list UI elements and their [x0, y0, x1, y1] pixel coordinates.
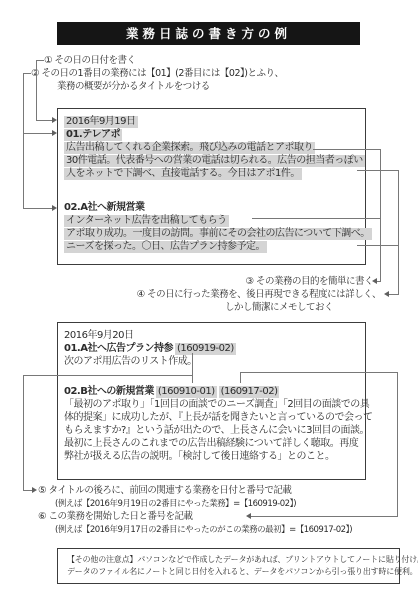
journal-line: アポ取り成功。一度目の訪問。事前にその会社の広告について下調べ。	[64, 227, 365, 240]
arrow-icon	[246, 513, 251, 519]
connector-annotation5-line	[23, 375, 192, 376]
journal-text-segment: 2016年9月19日	[64, 116, 138, 128]
connector-annotation4-line	[398, 170, 399, 295]
journal-text-segment: 人をネットで下調べ、直接電話する。今日はアポ1件。	[64, 168, 302, 180]
journal-text-segment: (160910-01)	[156, 386, 217, 398]
journal-text-segment: インターネット広告を出稿してもらう	[64, 215, 229, 227]
journal-text-segment: 2016年9月20日	[64, 330, 134, 342]
journal-line: 2016年9月19日	[64, 115, 365, 128]
connector-annotation1-line	[36, 120, 52, 121]
annotation-2-line2: 業務の概要が分かるタイトルをつける	[57, 80, 210, 93]
connector-annotation3-line	[380, 149, 381, 282]
connector-annotation1-line	[36, 60, 37, 120]
journal-text-segment: ニーズを探った。〇日、広告プラン持参予定。	[64, 241, 267, 253]
connector-annotation2-line	[23, 73, 24, 208]
connector-annotation6-line	[240, 372, 241, 383]
connector-annotation2-line	[23, 73, 31, 74]
journal-text-segment: 01.テレアポ	[64, 129, 122, 141]
journal-line: インターネット広告を出稿してもらう	[64, 214, 365, 227]
diary-entry-1-content: 2016年9月19日01.テレアポ広告出稿してくれる企業探索。飛び込みの電話とア…	[58, 109, 365, 253]
annotation-4-line1: ④ その日に行った業務を、後日再現できる程度には詳しく、	[137, 288, 381, 301]
journal-line	[64, 180, 365, 201]
connector-annotation6-line	[240, 372, 398, 373]
journal-text-segment: 弊社が扱える広告の説明。「検討して後日連絡する」とのこと。	[64, 451, 335, 463]
journal-text-segment: 01.A社へ広告プラン持参	[64, 343, 173, 355]
annotation-5-line2: (例えば【2016年9月19日の2番目にやった業務】=【160919-02】)	[55, 498, 296, 510]
connector-annotation6-line	[397, 372, 398, 517]
annotation-1: ① その日の日付を書く	[44, 54, 136, 67]
journal-line: 人をネットで下調べ、直接電話する。今日はアポ1件。	[64, 167, 365, 180]
journal-text-segment: 次のアポ用広告のリスト作成。	[64, 356, 197, 368]
connector-annotation3-line	[377, 281, 381, 282]
arrow-icon	[32, 487, 37, 493]
journal-line: 02.A社へ新規営業	[64, 201, 365, 214]
diary-entry-box-1: 2016年9月19日01.テレアポ広告出稿してくれる企業探索。飛び込みの電話とア…	[57, 108, 366, 265]
annotation-4-line2: しかし簡潔にメモしておく	[225, 301, 333, 314]
journal-line	[64, 368, 365, 385]
connector-annotation4-line	[357, 245, 399, 246]
other-notes-box: 【その他の注意点】パソコンなどで作成したデータがあれば、プリントアウトしてノート…	[57, 548, 400, 584]
annotation-6-line2: (例えば【2016年9月17日の2番目にやったのがこの業務の最初】=【16091…	[55, 524, 352, 536]
connector-annotation5-line	[192, 353, 193, 383]
journal-line: 体的提案」に成功したが、『上長が話を聞きたいと言っているので会って	[64, 411, 365, 424]
arrow-icon	[52, 117, 57, 123]
connector-annotation5-line	[23, 375, 24, 490]
connector-annotation1-line	[36, 60, 44, 61]
journal-text-segment: 30件電話。代表番号への営業の電話は切られる。広告の担当者っぽい	[64, 155, 365, 167]
diary-entry-box-2: 2016年9月20日01.A社へ広告プラン持参(160919-02)次のアポ用広…	[57, 322, 366, 480]
journal-line: もらえますか?』という話が出たので、上長さんに会いに3回目の面談。	[64, 424, 365, 437]
journal-text-segment: 02.A社へ新規営業	[64, 202, 144, 214]
journal-line: 30件電話。代表番号への営業の電話は切られる。広告の担当者っぽい	[64, 154, 365, 167]
connector-annotation4-line	[389, 294, 399, 295]
connector-annotation6-line	[251, 516, 397, 517]
journal-line: 次のアポ用広告のリスト作成。	[64, 355, 365, 368]
journal-text-segment: 02.B社への新規営業	[64, 386, 154, 398]
journal-text-segment: 広告出稿してくれる企業探索。飛び込みの電話とアポ取り	[64, 142, 315, 154]
journal-text-segment: 最初に上長さんのこれまでの広告出稿経験について詳しく聴取。再度	[64, 438, 358, 450]
journal-line: 広告出稿してくれる企業探索。飛び込みの電話とアポ取り	[64, 141, 365, 154]
journal-text-segment: (160919-02)	[175, 343, 236, 355]
journal-text-segment: もらえますか?』という話が出たので、上長さんに会いに3回目の面談。	[64, 425, 369, 437]
journal-text-segment: アポ取り成功。一度目の訪問。事前にその会社の広告について下調べ。	[64, 228, 372, 240]
journal-line: 弊社が扱える広告の説明。「検討して後日連絡する」とのこと。	[64, 450, 365, 463]
annotation-6-line1: ⑥ この業務を開始した日と番号を記載	[38, 510, 193, 523]
connector-annotation2-line	[23, 133, 52, 134]
journal-text-segment: (160917-02)	[219, 386, 280, 398]
arrow-icon	[384, 291, 389, 297]
connector-annotation2-line	[23, 208, 52, 209]
journal-line: 2016年9月20日	[64, 329, 365, 342]
connector-annotation4-line	[357, 170, 399, 171]
arrow-icon	[372, 278, 377, 284]
arrow-icon	[52, 205, 57, 211]
annotation-2-line1: ② その日の1番目の業務には【01】(2番目には【02】)とふり、	[31, 67, 283, 80]
note-line2: データのファイル名にノートと同じ日付を入れると、データをパソコンから引っ張り出す…	[67, 566, 391, 578]
journal-line: 01.A社へ広告プラン持参(160919-02)	[64, 342, 365, 355]
work-diary-example-page: 業務日誌の書き方の例 ① その日の日付を書く ② その日の1番目の業務には【01…	[0, 0, 418, 614]
page-title: 業務日誌の書き方の例	[57, 22, 360, 45]
journal-line: ニーズを探った。〇日、広告プラン持参予定。	[64, 240, 365, 253]
journal-text-segment: 「最初のアポ取り」「1回目の面談でのニーズ調査」「2回目の面談での具	[64, 399, 369, 411]
journal-text-segment: 体的提案」に成功したが、『上長が話を聞きたいと言っているので会って	[64, 412, 373, 424]
journal-line: 最初に上長さんのこれまでの広告出稿経験について詳しく聴取。再度	[64, 437, 365, 450]
annotation-5-line1: ⑤ タイトルの後ろに、前回の関連する業務を日付と番号で記載	[38, 484, 291, 497]
annotation-3: ③ その業務の目的を簡単に書く	[245, 275, 373, 288]
connector-annotation3-line	[313, 149, 381, 150]
journal-line: 02.B社への新規営業(160910-01)(160917-02)	[64, 385, 365, 398]
note-line1: 【その他の注意点】パソコンなどで作成したデータがあれば、プリントアウトしてノート…	[67, 554, 391, 566]
diary-entry-2-content: 2016年9月20日01.A社へ広告プラン持参(160919-02)次のアポ用広…	[58, 323, 365, 463]
journal-line: 01.テレアポ	[64, 128, 365, 141]
journal-line: 「最初のアポ取り」「1回目の面談でのニーズ調査」「2回目の面談での具	[64, 398, 365, 411]
connector-annotation3-line	[252, 218, 381, 219]
arrow-icon	[52, 130, 57, 136]
